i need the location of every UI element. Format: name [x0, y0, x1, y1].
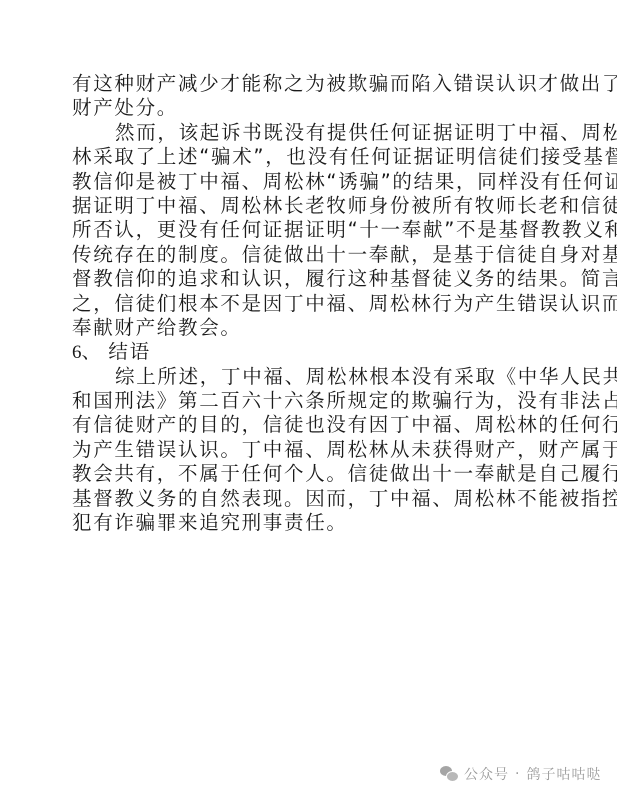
text-line: 教信仰是被丁中福、周松林“诱骗”的结果，同样没有任何证: [72, 170, 547, 194]
text-line: 所否认，更没有任何证据证明“十一奉献”不是基督教教义和: [72, 218, 547, 242]
section-title: 结语: [108, 340, 150, 363]
text-line: 有这种财产减少才能称之为被欺骗而陷入错误认识才做出了: [72, 72, 547, 96]
text-line: 之，信徒们根本不是因丁中福、周松林行为产生错误认识而: [72, 292, 547, 316]
text-line: 犯有诈骗罪来追究刑事责任。: [72, 511, 547, 535]
text-line: 基督教义务的自然表现。因而，丁中福、周松林不能被指控: [72, 487, 547, 511]
text-line: 据证明丁中福、周松林长老牧师身份被所有牧师长老和信徒: [72, 194, 547, 218]
text-line: 财产处分。: [72, 96, 547, 120]
text-line: 教会共有，不属于任何个人。信徒做出十一奉献是自己履行: [72, 462, 547, 486]
text-line: 督教信仰的追求和认识，履行这种基督徒义务的结果。简言: [72, 267, 547, 291]
section-heading: 6、 结语: [72, 340, 547, 364]
watermark-separator: ·: [515, 766, 520, 782]
text-line: 为产生错误认识。丁中福、周松林从未获得财产，财产属于: [72, 438, 547, 462]
text-line: 传统存在的制度。信徒做出十一奉献，是基于信徒自身对基: [72, 243, 547, 267]
document-body: 有这种财产减少才能称之为被欺骗而陷入错误认识才做出了 财产处分。 然而，该起诉书…: [72, 72, 547, 535]
watermark: 公众号 · 鸽子咕咕哒: [440, 764, 601, 784]
paragraph-start-line: 综上所述，丁中福、周松林根本没有采取《中华人民共: [72, 365, 547, 389]
paragraph-start-line: 然而，该起诉书既没有提供任何证据证明丁中福、周松: [72, 121, 547, 145]
text-line: 林采取了上述“骗术”，也没有任何证据证明信徒们接受基督: [72, 145, 547, 169]
wechat-icon: [440, 766, 458, 782]
text-line: 奉献财产给教会。: [72, 316, 547, 340]
watermark-label: 公众号: [464, 764, 509, 784]
text-line: 和国刑法》第二百六十六条所规定的欺骗行为，没有非法占: [72, 389, 547, 413]
text-line: 有信徒财产的目的，信徒也没有因丁中福、周松林的任何行: [72, 413, 547, 437]
watermark-account: 鸽子咕咕哒: [526, 764, 601, 784]
section-number: 6、: [72, 342, 101, 363]
